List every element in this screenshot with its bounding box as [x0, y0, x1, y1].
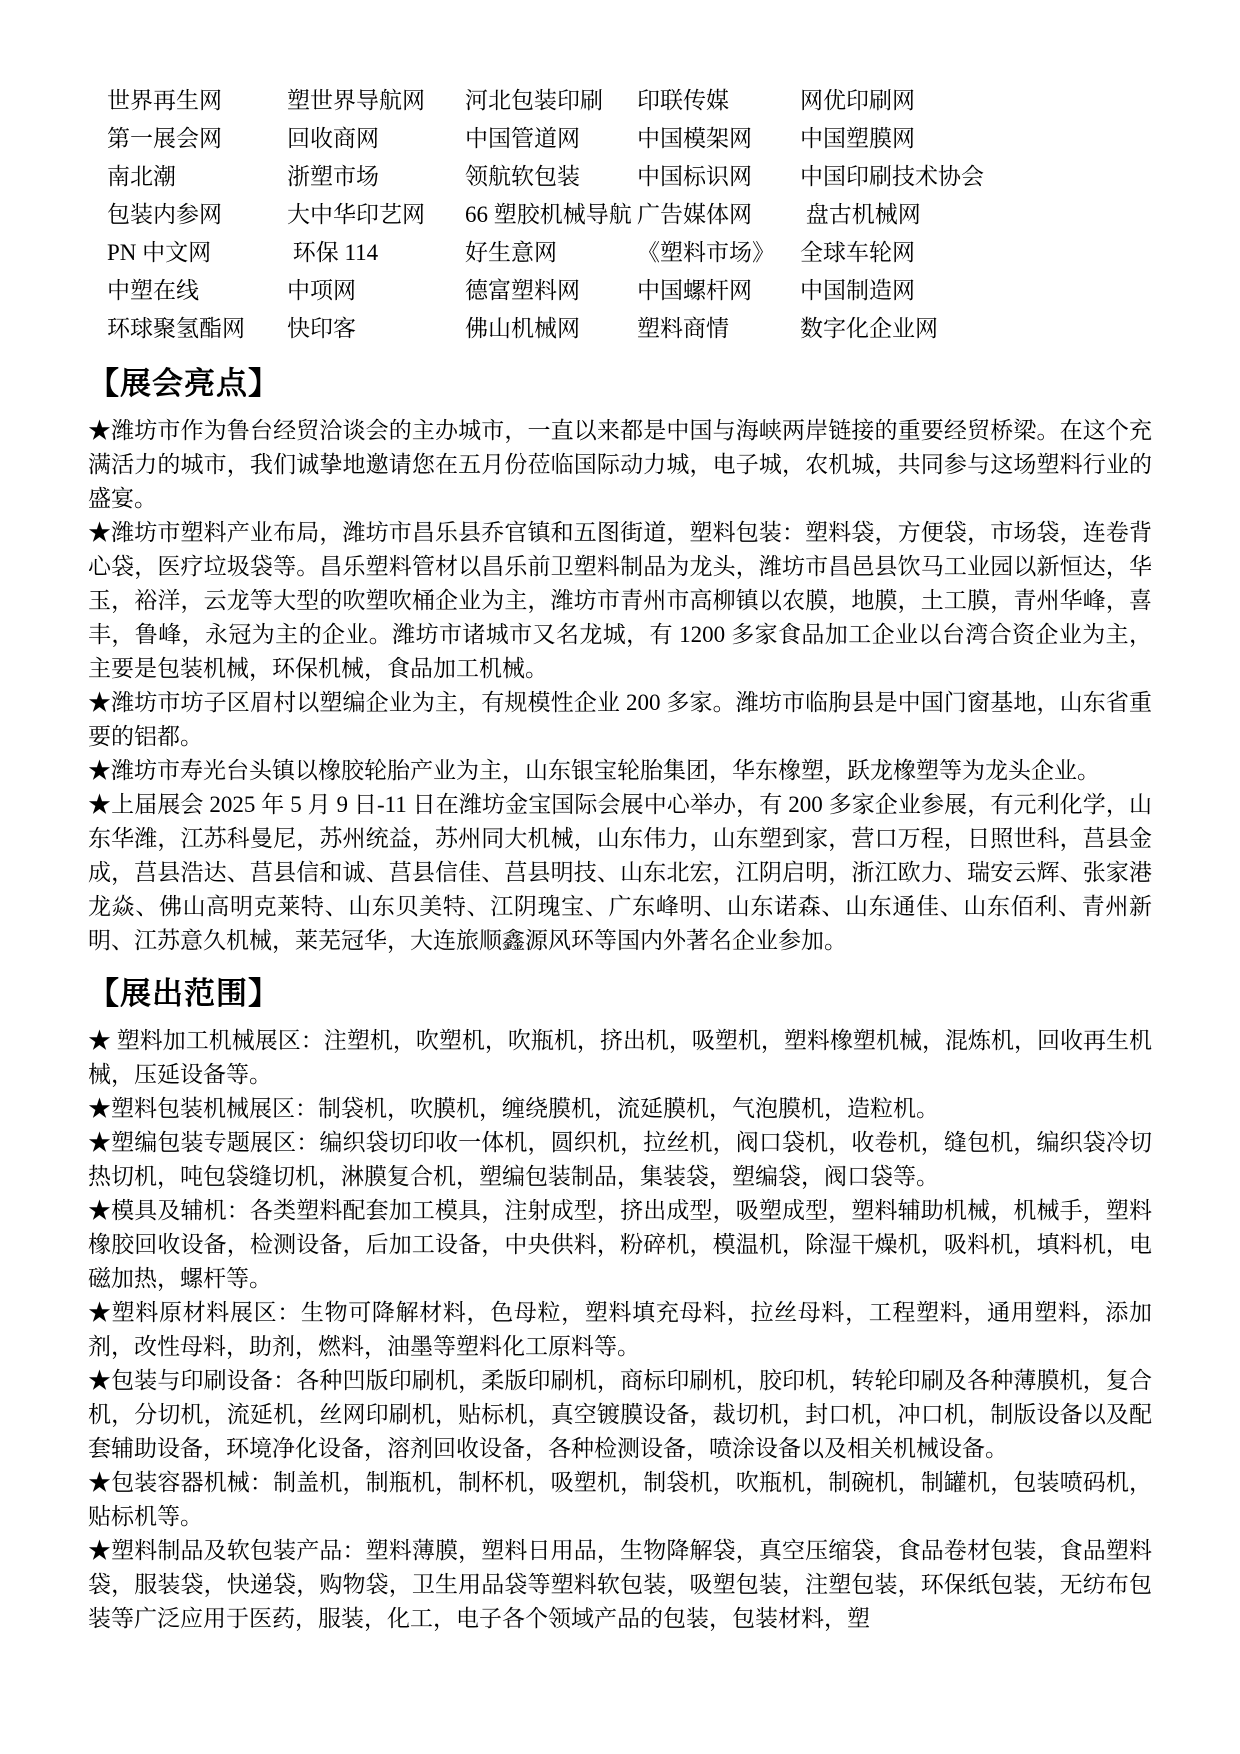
table-cell: 印联传媒 — [637, 82, 800, 120]
table-cell: 中项网 — [287, 272, 465, 310]
table-cell: 全球车轮网 — [800, 234, 1152, 272]
table-cell: 塑料商情 — [637, 310, 800, 348]
table-row: 第一展会网 回收商网 中国管道网 中国模架网 中国塑膜网 — [107, 120, 1152, 158]
table-row: 包装内参网 大中华印艺网 66 塑胶机械导航 广告媒体网 盘古机械网 — [107, 196, 1152, 234]
body-paragraph: ★模具及辅机：各类塑料配套加工模具，注射成型，挤出成型，吸塑成型，塑料辅助机械，… — [88, 1194, 1152, 1296]
table-cell: 中国螺杆网 — [637, 272, 800, 310]
table-cell: 《塑料市场》 — [637, 234, 800, 272]
body-paragraph: ★潍坊市坊子区眉村以塑编企业为主，有规模性企业 200 多家。潍坊市临朐县是中国… — [88, 686, 1152, 754]
table-cell: 中塑在线 — [107, 272, 287, 310]
table-cell: 包装内参网 — [107, 196, 287, 234]
table-cell: 南北潮 — [107, 158, 287, 196]
table-cell: PN 中文网 — [107, 234, 287, 272]
table-cell: 广告媒体网 — [637, 196, 800, 234]
table-cell: 大中华印艺网 — [287, 196, 465, 234]
table-cell: 中国塑膜网 — [800, 120, 1152, 158]
body-paragraph: ★潍坊市塑料产业布局，潍坊市昌乐县乔官镇和五图街道，塑料包装：塑料袋，方便袋，市… — [88, 516, 1152, 686]
table-cell: 中国管道网 — [465, 120, 637, 158]
table-cell: 快印客 — [287, 310, 465, 348]
table-cell: 塑世界导航网 — [287, 82, 465, 120]
table-cell: 66 塑胶机械导航 — [465, 196, 637, 234]
body-paragraph: ★包装容器机械：制盖机，制瓶机，制杯机，吸塑机，制袋机，吹瓶机，制碗机，制罐机，… — [88, 1466, 1152, 1534]
table-row: 环球聚氢酯网 快印客 佛山机械网 塑料商情 数字化企业网 — [107, 310, 1152, 348]
table-cell: 好生意网 — [465, 234, 637, 272]
partner-list-table: 世界再生网 塑世界导航网 河北包装印刷 印联传媒 网优印刷网 第一展会网 回收商… — [107, 82, 1152, 348]
table-cell: 环球聚氢酯网 — [107, 310, 287, 348]
table-row: 世界再生网 塑世界导航网 河北包装印刷 印联传媒 网优印刷网 — [107, 82, 1152, 120]
table-cell: 佛山机械网 — [465, 310, 637, 348]
table-cell: 中国标识网 — [637, 158, 800, 196]
document-page: 世界再生网 塑世界导航网 河北包装印刷 印联传媒 网优印刷网 第一展会网 回收商… — [0, 0, 1240, 1754]
table-cell: 德富塑料网 — [465, 272, 637, 310]
body-paragraph: ★塑编包装专题展区：编织袋切印收一体机，圆织机，拉丝机，阀口袋机，收卷机，缝包机… — [88, 1126, 1152, 1194]
body-paragraph: ★潍坊市寿光台头镇以橡胶轮胎产业为主，山东银宝轮胎集团，华东橡塑，跃龙橡塑等为龙… — [88, 754, 1152, 788]
section-heading-exhibition-scope: 【展出范围】 — [88, 974, 1152, 1014]
table-cell: 中国印刷技术协会 — [800, 158, 1152, 196]
section-heading-exhibition-highlights: 【展会亮点】 — [88, 364, 1152, 404]
table-cell: 第一展会网 — [107, 120, 287, 158]
table-cell: 环保 114 — [287, 234, 465, 272]
body-paragraph: ★塑料原材料展区：生物可降解材料，色母粒，塑料填充母料，拉丝母料，工程塑料，通用… — [88, 1296, 1152, 1364]
body-paragraph: ★塑料包装机械展区：制袋机，吹膜机，缠绕膜机，流延膜机，气泡膜机，造粒机。 — [88, 1092, 1152, 1126]
table-cell: 回收商网 — [287, 120, 465, 158]
table-cell: 数字化企业网 — [800, 310, 1152, 348]
table-cell: 浙塑市场 — [287, 158, 465, 196]
table-cell: 中国模架网 — [637, 120, 800, 158]
table-cell: 中国制造网 — [800, 272, 1152, 310]
body-paragraph: ★ 塑料加工机械展区：注塑机，吹塑机，吹瓶机，挤出机，吸塑机，塑料橡塑机械，混炼… — [88, 1024, 1152, 1092]
table-row: PN 中文网 环保 114 好生意网 《塑料市场》 全球车轮网 — [107, 234, 1152, 272]
body-paragraph: ★塑料制品及软包装产品：塑料薄膜，塑料日用品，生物降解袋，真空压缩袋，食品卷材包… — [88, 1534, 1152, 1636]
table-cell: 领航软包装 — [465, 158, 637, 196]
table-cell: 网优印刷网 — [800, 82, 1152, 120]
table-cell: 盘古机械网 — [800, 196, 1152, 234]
body-paragraph: ★潍坊市作为鲁台经贸洽谈会的主办城市，一直以来都是中国与海峡两岸链接的重要经贸桥… — [88, 414, 1152, 516]
table-cell: 河北包装印刷 — [465, 82, 637, 120]
table-cell: 世界再生网 — [107, 82, 287, 120]
body-paragraph: ★包装与印刷设备：各种凹版印刷机，柔版印刷机，商标印刷机，胶印机，转轮印刷及各种… — [88, 1364, 1152, 1466]
body-paragraph: ★上届展会 2025 年 5 月 9 日-11 日在潍坊金宝国际会展中心举办，有… — [88, 788, 1152, 958]
table-row: 南北潮 浙塑市场 领航软包装 中国标识网 中国印刷技术协会 — [107, 158, 1152, 196]
table-row: 中塑在线 中项网 德富塑料网 中国螺杆网 中国制造网 — [107, 272, 1152, 310]
